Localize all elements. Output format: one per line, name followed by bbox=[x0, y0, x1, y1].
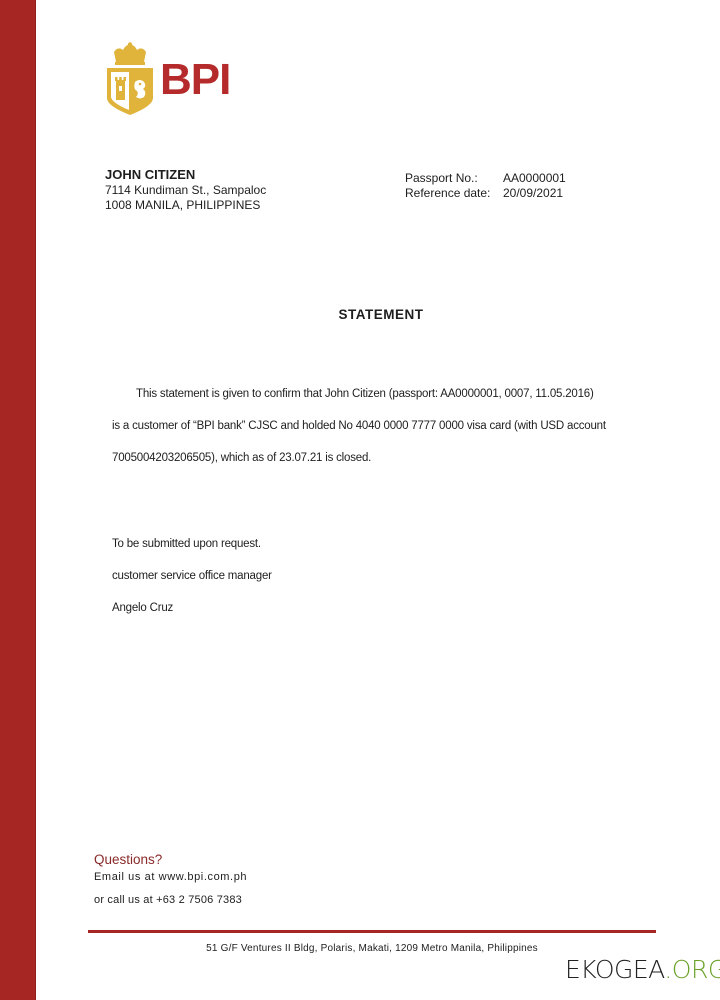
addressee-block: JOHN CITIZEN 7114 Kundiman St., Sampaloc… bbox=[105, 167, 266, 213]
watermark-tld: .ORG bbox=[664, 955, 720, 984]
statement-body: This statement is given to confirm that … bbox=[112, 378, 657, 474]
closing-note: To be submitted upon request. bbox=[112, 528, 272, 560]
passport-row: Passport No.: AA0000001 bbox=[405, 171, 566, 186]
footer-divider bbox=[88, 930, 656, 933]
addressee-name: JOHN CITIZEN bbox=[105, 167, 266, 183]
footer-address: 51 G/F Ventures II Bldg, Polaris, Makati… bbox=[88, 942, 656, 955]
statement-line: 7005004203206505), which as of 23.07.21 … bbox=[112, 442, 657, 474]
reference-date-value: 20/09/2021 bbox=[503, 186, 566, 201]
statement-line: is a customer of “BPI bank” CJSC and hol… bbox=[112, 410, 657, 442]
addressee-address-line1: 7114 Kundiman St., Sampaloc bbox=[105, 183, 266, 198]
watermark: EKOGEA.ORG bbox=[565, 955, 720, 985]
questions-heading: Questions? bbox=[94, 851, 247, 868]
addressee-address-line2: 1008 MANILA, PHILIPPINES bbox=[105, 198, 266, 213]
side-accent-bar bbox=[0, 0, 36, 1000]
crown-shield-crest-icon bbox=[104, 42, 156, 116]
reference-date-label: Reference date: bbox=[405, 186, 503, 201]
statement-line: This statement is given to confirm that … bbox=[112, 378, 657, 410]
watermark-name: EKOGEA bbox=[565, 955, 664, 984]
bpi-wordmark: BPI bbox=[160, 58, 230, 102]
signatory-title: customer service office manager bbox=[112, 560, 272, 592]
reference-meta-block: Passport No.: AA0000001 Reference date: … bbox=[405, 171, 566, 201]
signatory-name: Angelo Cruz bbox=[112, 592, 272, 624]
document-title: STATEMENT bbox=[0, 307, 720, 322]
contact-block: Questions? Email us at www.bpi.com.ph or… bbox=[94, 851, 247, 907]
bpi-logo: BPI bbox=[104, 42, 254, 118]
closing-block: To be submitted upon request. customer s… bbox=[112, 528, 272, 624]
passport-label: Passport No.: bbox=[405, 171, 503, 186]
phone-line: or call us at +63 2 7506 7383 bbox=[94, 893, 247, 907]
reference-date-row: Reference date: 20/09/2021 bbox=[405, 186, 566, 201]
passport-value: AA0000001 bbox=[503, 171, 566, 186]
email-line: Email us at www.bpi.com.ph bbox=[94, 870, 247, 884]
